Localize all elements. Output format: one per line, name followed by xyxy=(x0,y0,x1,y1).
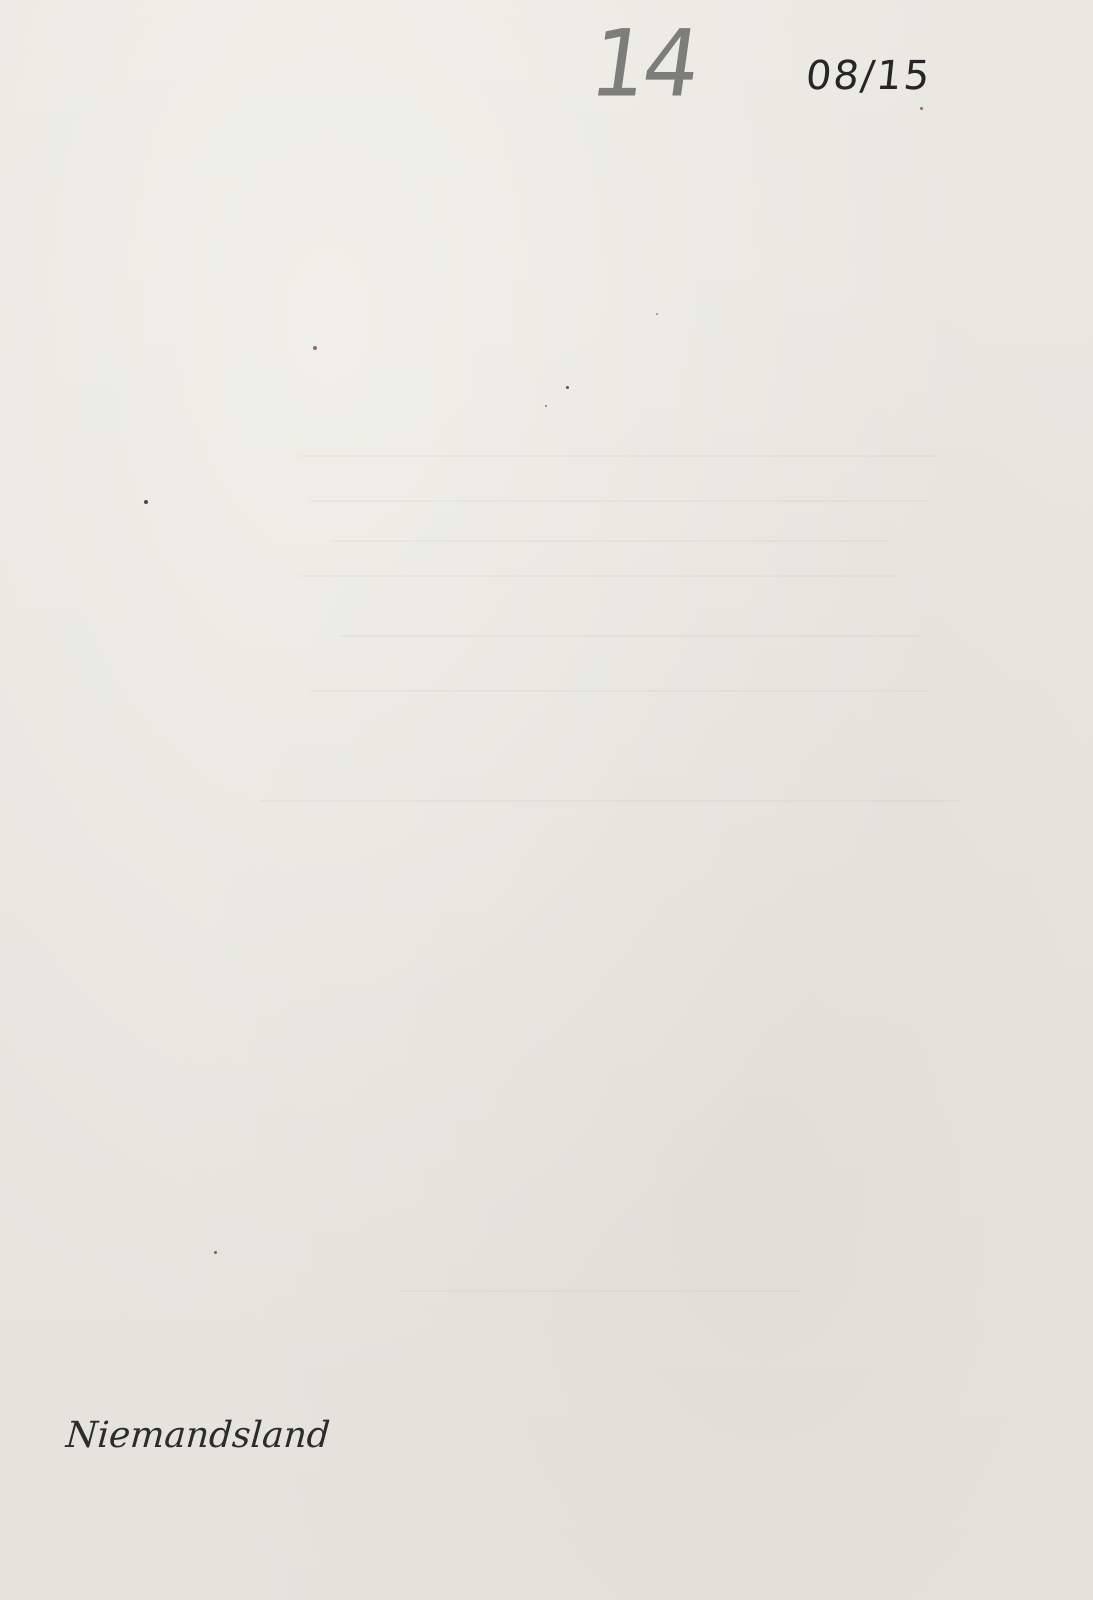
show-through-line xyxy=(400,1290,800,1292)
show-through-line xyxy=(330,540,890,542)
paper-speck xyxy=(656,313,658,315)
document-page: 14 08/15 Niemandsland xyxy=(0,0,1093,1600)
show-through-line xyxy=(310,500,930,502)
paper-speck xyxy=(545,405,547,407)
show-through-line xyxy=(260,800,960,802)
show-through-line xyxy=(340,635,920,637)
archive-code: 08/15 xyxy=(804,56,933,96)
paper-speck xyxy=(214,1251,217,1254)
pencil-page-number: 14 xyxy=(585,18,702,110)
handwritten-title-note: Niemandsland xyxy=(65,1418,331,1454)
paper-speck xyxy=(313,346,317,350)
show-through-line xyxy=(300,455,940,457)
show-through-line xyxy=(300,575,900,577)
paper-speck xyxy=(144,500,148,504)
paper-speck xyxy=(920,107,923,110)
show-through-line xyxy=(310,690,930,692)
paper-speck xyxy=(566,386,569,389)
